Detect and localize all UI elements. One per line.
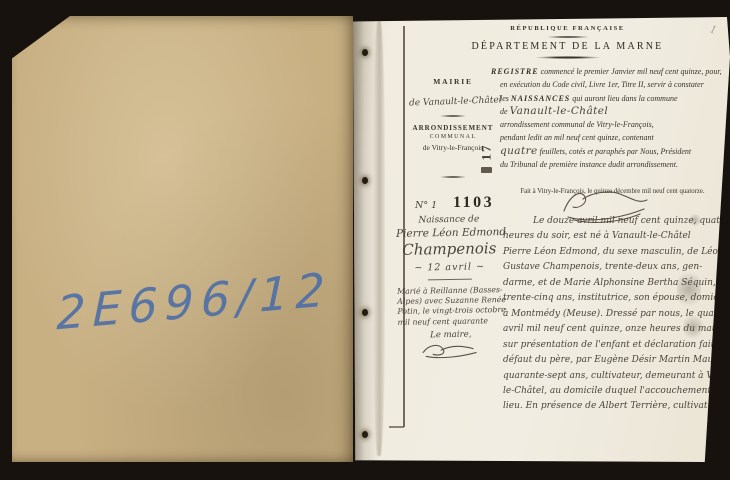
- text-segment: de: [500, 107, 510, 116]
- text-segment: les: [500, 94, 511, 103]
- text-line: quatre feuillets, cotés et paraphés par …: [491, 145, 730, 158]
- margin-given-names: Pierre Léon Edmond: [396, 226, 502, 240]
- text-segment: REGISTRE: [491, 67, 539, 76]
- divider-rule: [547, 36, 589, 38]
- text-line: de Vanault-le-Châtel: [491, 105, 730, 118]
- text-line: Gustave Champenois, trente-deux ans, gen…: [503, 260, 730, 275]
- text-line: sur présentation de l'enfant et déclarat…: [503, 338, 730, 353]
- text-line: trente-cinq ans, institutrice, son épous…: [503, 291, 730, 306]
- text-line: le-Châtel, au domicile duquel l'accouche…: [503, 384, 730, 399]
- act-number-handwritten: N° 1: [415, 200, 437, 211]
- text-line: Pierre Léon Edmond, du sexe masculin, de…: [503, 245, 730, 260]
- text-line: lieu. En présence de Albert Terrière, cu…: [503, 399, 730, 414]
- text-segment: Vanault-le-Châtel: [510, 105, 609, 117]
- commune-handwritten: de Vanault-le-Châtel: [409, 95, 497, 108]
- text-line: Le douze avril mil neuf cent quinze, qua…: [503, 214, 730, 229]
- binding-hole: [362, 309, 368, 316]
- text-segment: qui auront lieu dans la commune: [570, 94, 677, 103]
- page-edge-fold: [373, 21, 385, 456]
- text-segment: arrondissement communal de Vitry-le-Fran…: [500, 120, 654, 129]
- text-line: mil neuf cent quarante: [398, 316, 504, 328]
- margin-naissance-label: Naissance de: [396, 214, 502, 226]
- marriage-mention: Marié à Reillanne (Basses-Alpes) avec Su…: [397, 285, 504, 341]
- binding-hole: [362, 49, 368, 56]
- text-segment: feuillets, cotés et paraphés par Nous, P…: [538, 147, 692, 156]
- republic-title: RÉPUBLIQUE FRANÇAISE: [409, 25, 726, 32]
- act-number-printed: 1103: [453, 194, 494, 212]
- register-cover: 2E696/12: [12, 16, 353, 462]
- birth-act-body-text: Le douze avril mil neuf cent quinze, qua…: [503, 214, 730, 415]
- mairie-label: MAIRIE: [409, 77, 497, 86]
- text-segment: quatre: [500, 145, 538, 157]
- margin-date: ~ 12 avril ~: [397, 261, 503, 274]
- text-line: pendant ledit an mil neuf cent quinze, c…: [491, 131, 730, 144]
- mayor-signature-scribble: [420, 340, 482, 359]
- text-segment: du Tribunal de première instance dudit a…: [500, 160, 678, 169]
- margin-divider: [428, 279, 472, 281]
- communal-label: COMMUNAL: [409, 134, 497, 140]
- text-line: darme, et de Marie Alphonsine Bertha Séq…: [503, 276, 730, 291]
- department-title: DÉPARTEMENT DE LA MARNE: [409, 41, 726, 52]
- text-segment: commencé le premier Janvier mil neuf cen…: [539, 67, 722, 76]
- margin-surname: Champenois: [396, 239, 502, 259]
- registre-opening-text: REGISTRE commencé le premier Janvier mil…: [491, 65, 730, 171]
- binding-hole: [362, 177, 368, 184]
- text-line: Le maire,: [398, 329, 504, 341]
- text-line: en exécution du Code civil, Livre 1er, T…: [491, 78, 730, 91]
- text-segment: pendant ledit an mil neuf cent quinze, c…: [500, 133, 654, 142]
- text-line: défaut du père, par Eugène Désir Martin …: [503, 353, 730, 368]
- text-line: heures du soir, est né à Vanault-le-Chât…: [503, 229, 730, 244]
- text-line: REGISTRE commencé le premier Janvier mil…: [491, 65, 730, 78]
- text-segment: en exécution du Code civil, Livre 1er, T…: [500, 80, 704, 89]
- form-corner-border: [389, 426, 404, 428]
- act-margin-note: Naissance de Pierre Léon Edmond Champeno…: [396, 214, 504, 360]
- text-line: avril mil neuf cent quinze, onze heures …: [503, 322, 730, 337]
- text-line: du Tribunal de première instance dudit a…: [491, 158, 730, 171]
- arrondissement-label: ARRONDISSEMENT: [409, 124, 497, 132]
- ornate-divider: [440, 115, 466, 117]
- text-line: à Montmédy (Meuse). Dressé par nous, le …: [503, 307, 730, 322]
- text-line: quarante-sept ans, cultivateur, demeuran…: [503, 369, 730, 384]
- register-first-page: 1 RÉPUBLIQUE FRANÇAISE DÉPARTEMENT DE LA…: [353, 17, 730, 462]
- binding-hole: [362, 431, 368, 438]
- text-line: les NAISSANCES qui auront lieu dans la c…: [491, 92, 730, 105]
- ornate-divider: [440, 176, 466, 178]
- printed-header: RÉPUBLIQUE FRANÇAISE DÉPARTEMENT DE LA M…: [409, 25, 726, 59]
- archive-reference: 2E696/12: [56, 266, 336, 337]
- ornate-divider: [536, 56, 600, 59]
- text-segment: NAISSANCES: [511, 94, 570, 103]
- text-line: arrondissement communal de Vitry-le-Fran…: [491, 118, 730, 131]
